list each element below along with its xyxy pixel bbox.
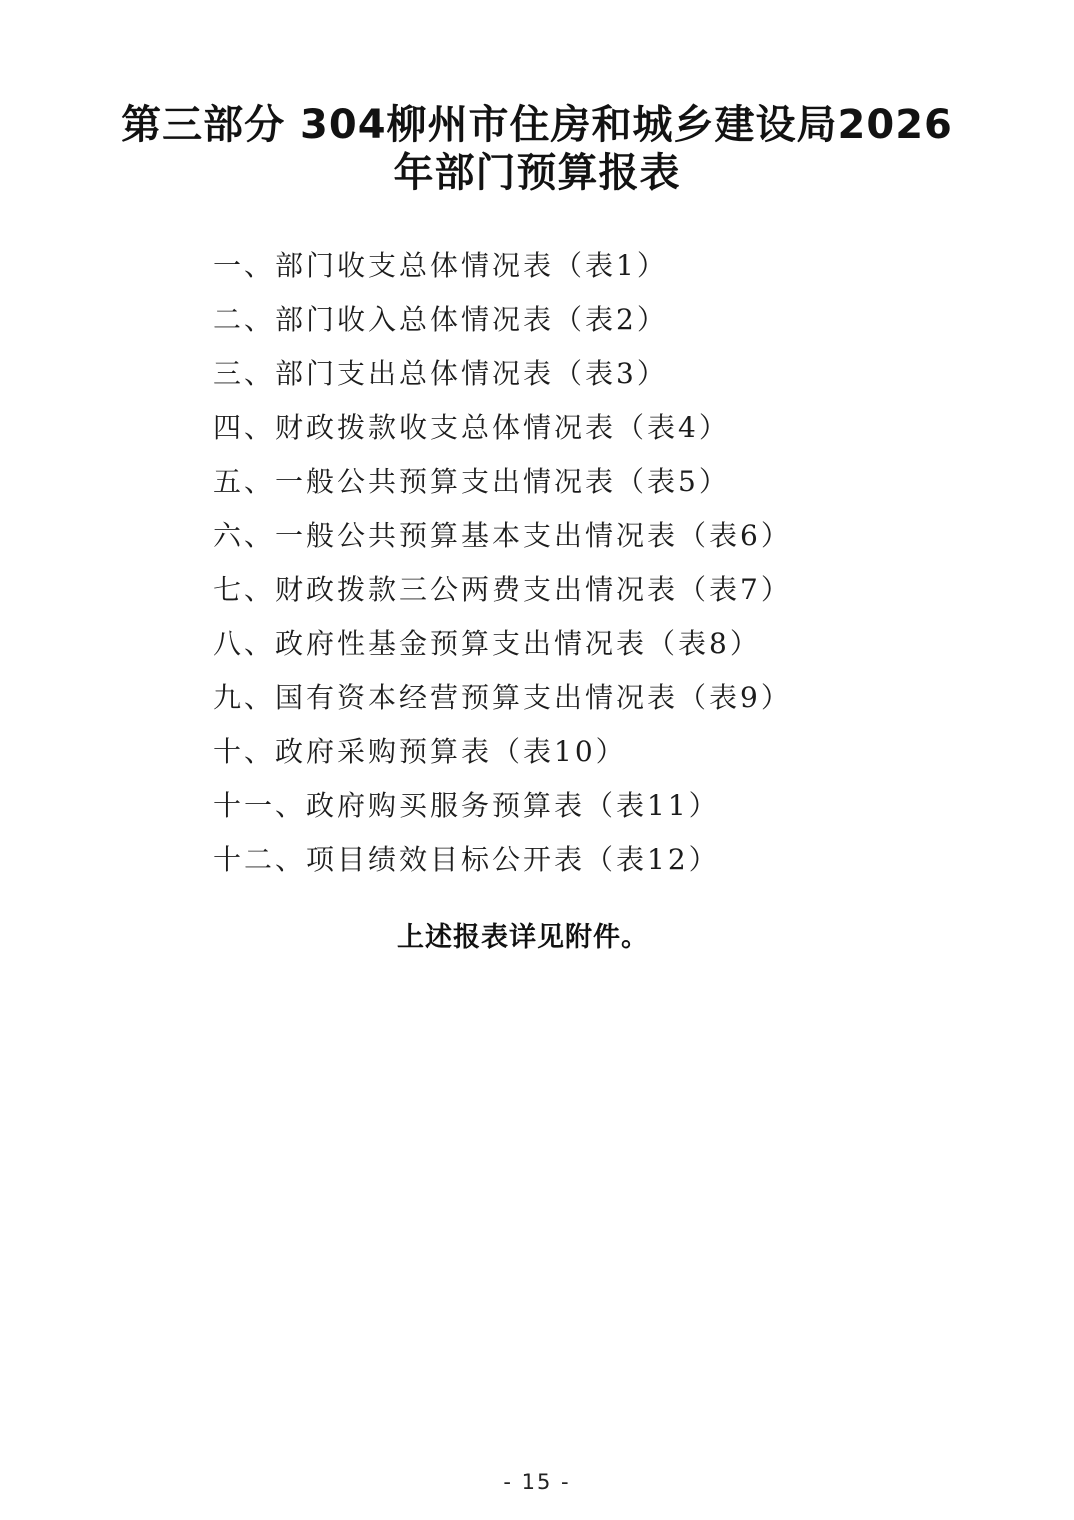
page-number: - 15 - <box>0 1470 1074 1494</box>
page-title-line-2: 年部门预算报表 <box>394 150 681 196</box>
page-title-line-1: 第三部分 304柳州市住房和城乡建设局2026 <box>121 102 953 148</box>
report-table-list: 一、部门收支总体情况表（表1） 二、部门收入总体情况表（表2） 三、部门支出总体… <box>213 239 1014 887</box>
list-item-table-7: 七、财政拨款三公两费支出情况表（表7） <box>213 563 1014 617</box>
list-item-table-2: 二、部门收入总体情况表（表2） <box>213 293 1014 347</box>
list-item-table-8: 八、政府性基金预算支出情况表（表8） <box>213 617 1014 671</box>
list-item-table-9: 九、国有资本经营预算支出情况表（表9） <box>213 671 1014 725</box>
list-item-table-6: 六、一般公共预算基本支出情况表（表6） <box>213 509 1014 563</box>
document-page: 第三部分 304柳州市住房和城乡建设局2026 年部门预算报表 一、部门收支总体… <box>0 0 1074 1520</box>
attachment-note: 上述报表详见附件。 <box>397 918 649 958</box>
list-item-table-12: 十二、项目绩效目标公开表（表12） <box>213 833 1014 887</box>
list-item-table-5: 五、一般公共预算支出情况表（表5） <box>213 455 1014 509</box>
list-item-table-10: 十、政府采购预算表（表10） <box>213 725 1014 779</box>
list-item-table-11: 十一、政府购买服务预算表（表11） <box>213 779 1014 833</box>
page-title: 第三部分 304柳州市住房和城乡建设局2026 年部门预算报表 <box>40 101 1034 197</box>
list-item-table-4: 四、财政拨款收支总体情况表（表4） <box>213 401 1014 455</box>
list-item-table-3: 三、部门支出总体情况表（表3） <box>213 347 1014 401</box>
list-item-table-1: 一、部门收支总体情况表（表1） <box>213 239 1014 293</box>
